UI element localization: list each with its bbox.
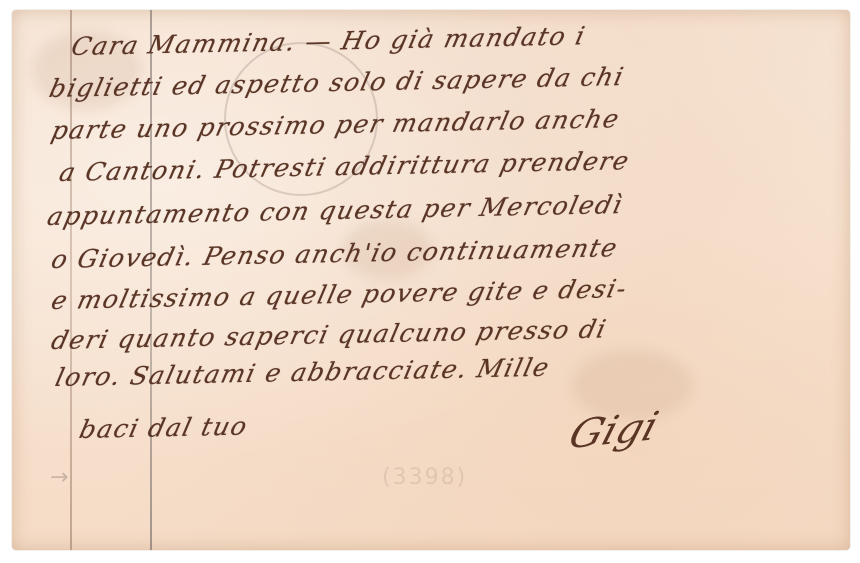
letter-line-5: appuntamento con questa per Mercoledì: [45, 190, 626, 231]
letter-line-6: o Giovedì. Penso anch'io continuamente: [49, 233, 621, 274]
pencil-faint-note: (3398): [382, 465, 467, 490]
letter-line-7: e moltissimo a quelle povere gite e desi…: [49, 274, 631, 315]
letter-line-10: baci dal tuo: [77, 412, 251, 444]
pencil-arrow-mark: →: [50, 465, 68, 490]
letter-line-9: loro. Salutami e abbracciate. Mille: [53, 353, 553, 392]
letter-line-8: deri quanto saperci qualcuno presso di: [49, 314, 610, 355]
letter-line-3: parte uno prossimo per mandarlo anche: [49, 104, 623, 145]
scan-background: Cara Mammina. — Ho già mandato i bigliet…: [0, 0, 860, 563]
letter-line-1: Cara Mammina. — Ho già mandato i: [69, 21, 589, 61]
letter-line-4: a Cantoni. Potresti addirittura prendere: [57, 146, 633, 187]
postcard: Cara Mammina. — Ho già mandato i bigliet…: [12, 10, 850, 550]
signature: Gigi: [564, 404, 664, 458]
